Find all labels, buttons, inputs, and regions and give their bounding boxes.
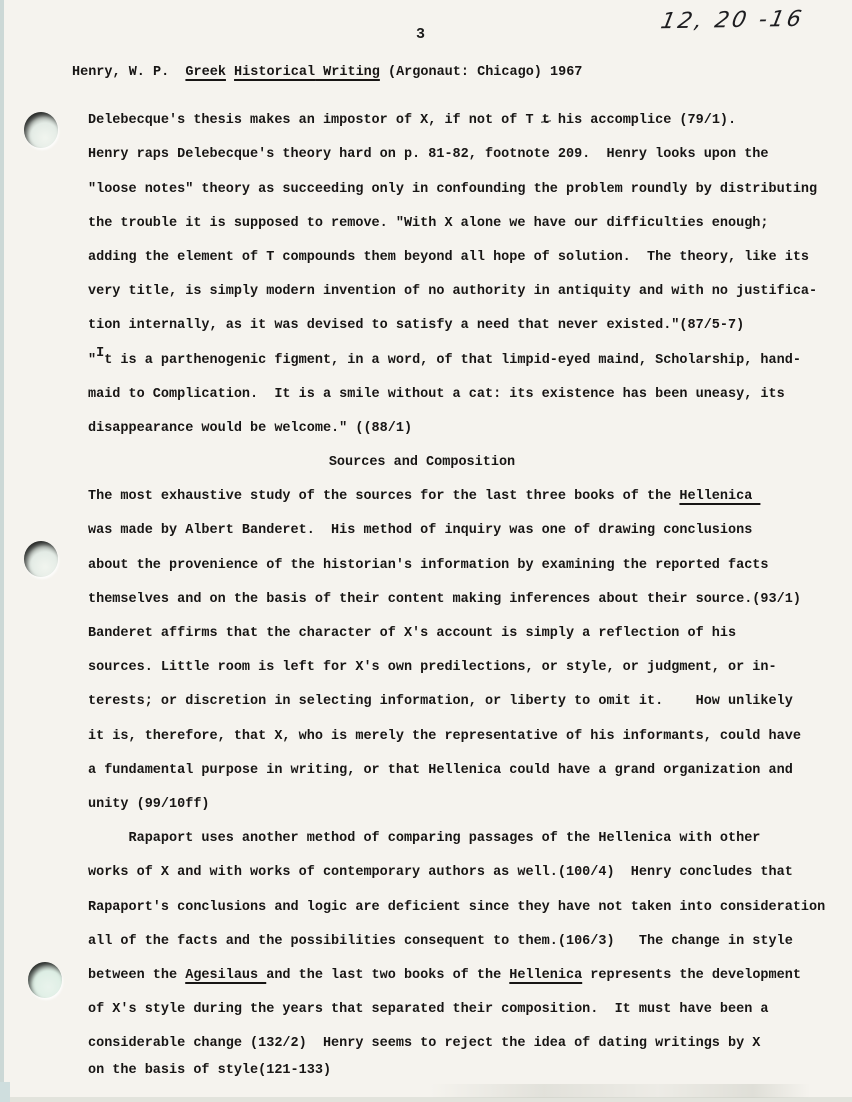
text-segment: tion internally, as it was devised to sa… xyxy=(88,318,744,333)
section-heading: Sources and Composition xyxy=(46,446,798,480)
text-segment: Banderet affirms that the character of X… xyxy=(88,626,736,641)
text-segment: all of the facts and the possibilities c… xyxy=(88,934,793,949)
text-segment: Greek xyxy=(185,65,226,80)
text-segment: The most exhaustive study of the sources… xyxy=(88,489,679,504)
text-line: The most exhaustive study of the sources… xyxy=(88,480,840,514)
text-segment: Writing xyxy=(315,65,380,80)
text-segment: themselves and on the basis of their con… xyxy=(88,592,801,607)
text-segment: very title, is simply modern invention o… xyxy=(88,284,817,299)
text-segment: unity (99/10ff) xyxy=(88,797,210,812)
text-segment: between the xyxy=(88,968,185,983)
text-line: very title, is simply modern invention o… xyxy=(88,275,840,309)
document-body: Henry, W. P. Greek Historical Writing (A… xyxy=(88,56,840,1089)
text-segment: "loose notes" theory as succeeding only … xyxy=(88,182,817,197)
text-line: of X's style during the years that separ… xyxy=(88,993,840,1027)
text-segment: on the basis of style(121-133) xyxy=(88,1063,331,1078)
text-line: was made by Albert Banderet. His method … xyxy=(88,514,840,548)
text-line: sources. Little room is left for X's own… xyxy=(88,651,840,685)
text-segment: considerable change (132/2) Henry seems … xyxy=(88,1036,760,1051)
text-segment: his accomplice (79/1). xyxy=(550,113,736,128)
scanned-page: { "page": { "handwritten_note": "12, 20 … xyxy=(0,0,852,1102)
text-line: between the Agesilaus and the last two b… xyxy=(88,959,840,993)
text-segment: disappearance would be welcome." ((88/1) xyxy=(88,421,412,436)
text-line: Henry raps Delebecque's theory hard on p… xyxy=(88,138,840,172)
text-line: terests; or discretion in selecting info… xyxy=(88,685,840,719)
text-segment: about the provenience of the historian's… xyxy=(88,558,769,573)
text-segment: Rapaport uses another method of comparin… xyxy=(88,831,760,846)
text-segment: Agesilaus xyxy=(185,968,266,983)
text-line: the trouble it is supposed to remove. "W… xyxy=(88,207,840,241)
scan-left-edge xyxy=(0,0,4,1102)
hole-punch-top xyxy=(24,112,58,148)
scan-corner-shadow xyxy=(0,1082,10,1102)
text-segment: Delebecque's thesis makes an impostor of… xyxy=(88,113,542,128)
text-segment: and the last two books of the xyxy=(266,968,509,983)
text-segment: the trouble it is supposed to remove. "W… xyxy=(88,216,769,231)
text-line: "loose notes" theory as succeeding only … xyxy=(88,173,840,207)
text-segment: of X's style during the years that separ… xyxy=(88,1002,769,1017)
text-segment xyxy=(226,65,234,80)
page-number: 3 xyxy=(0,26,852,43)
text-line: maid to Complication. It is a smile with… xyxy=(88,378,840,412)
text-segment: t xyxy=(542,113,550,128)
text-line: works of X and with works of contemporar… xyxy=(88,856,840,890)
text-segment: was made by Albert Banderet. His method … xyxy=(88,523,752,538)
text-segment: terests; or discretion in selecting info… xyxy=(88,694,793,709)
text-segment: adding the element of T compounds them b… xyxy=(88,250,809,265)
text-segment: sources. Little room is left for X's own… xyxy=(88,660,777,675)
text-line: Rapaport uses another method of comparin… xyxy=(88,822,840,856)
text-segment: it is, therefore, that X, who is merely … xyxy=(88,729,801,744)
text-line: disappearance would be welcome." ((88/1) xyxy=(88,412,840,446)
text-segment: Henry raps Delebecque's theory hard on p… xyxy=(88,147,769,162)
citation-line: Henry, W. P. Greek Historical Writing (A… xyxy=(72,56,840,90)
text-segment: maid to Complication. It is a smile with… xyxy=(88,387,785,402)
text-segment: t is a parthenogenic figment, in a word,… xyxy=(104,353,801,368)
text-segment: " xyxy=(88,353,96,368)
text-segment: Hellenica xyxy=(509,968,582,983)
text-line: "It is a parthenogenic figment, in a wor… xyxy=(88,344,840,378)
text-line: about the provenience of the historian's… xyxy=(88,549,840,583)
text-line: Rapaport's conclusions and logic are def… xyxy=(88,891,840,925)
text-line: adding the element of T compounds them b… xyxy=(88,241,840,275)
hole-punch-middle xyxy=(24,541,58,577)
text-segment: Rapaport's conclusions and logic are def… xyxy=(88,900,825,915)
paragraph-slot-1: Delebecque's thesis makes an impostor of… xyxy=(88,104,840,446)
text-line: unity (99/10ff) xyxy=(88,788,840,822)
text-segment: works of X and with works of contemporar… xyxy=(88,865,793,880)
paragraph-slot-2: The most exhaustive study of the sources… xyxy=(88,480,840,822)
paragraph-slot-3: Rapaport uses another method of comparin… xyxy=(88,822,840,1089)
text-segment: Henry, W. P. xyxy=(72,65,185,80)
text-segment: Hellenica xyxy=(679,489,760,504)
text-segment: Historical xyxy=(234,65,315,80)
text-line: Banderet affirms that the character of X… xyxy=(88,617,840,651)
text-line: Delebecque's thesis makes an impostor of… xyxy=(88,104,840,138)
hole-punch-bottom xyxy=(28,962,62,998)
text-segment: represents the development xyxy=(582,968,801,983)
text-line: a fundamental purpose in writing, or tha… xyxy=(88,754,840,788)
text-line: tion internally, as it was devised to sa… xyxy=(88,309,840,343)
text-segment: I xyxy=(96,346,104,361)
text-line: it is, therefore, that X, who is merely … xyxy=(88,720,840,754)
text-line: all of the facts and the possibilities c… xyxy=(88,925,840,959)
text-segment: a fundamental purpose in writing, or tha… xyxy=(88,763,793,778)
text-segment: (Argonaut: Chicago) 1967 xyxy=(380,65,583,80)
text-line: themselves and on the basis of their con… xyxy=(88,583,840,617)
